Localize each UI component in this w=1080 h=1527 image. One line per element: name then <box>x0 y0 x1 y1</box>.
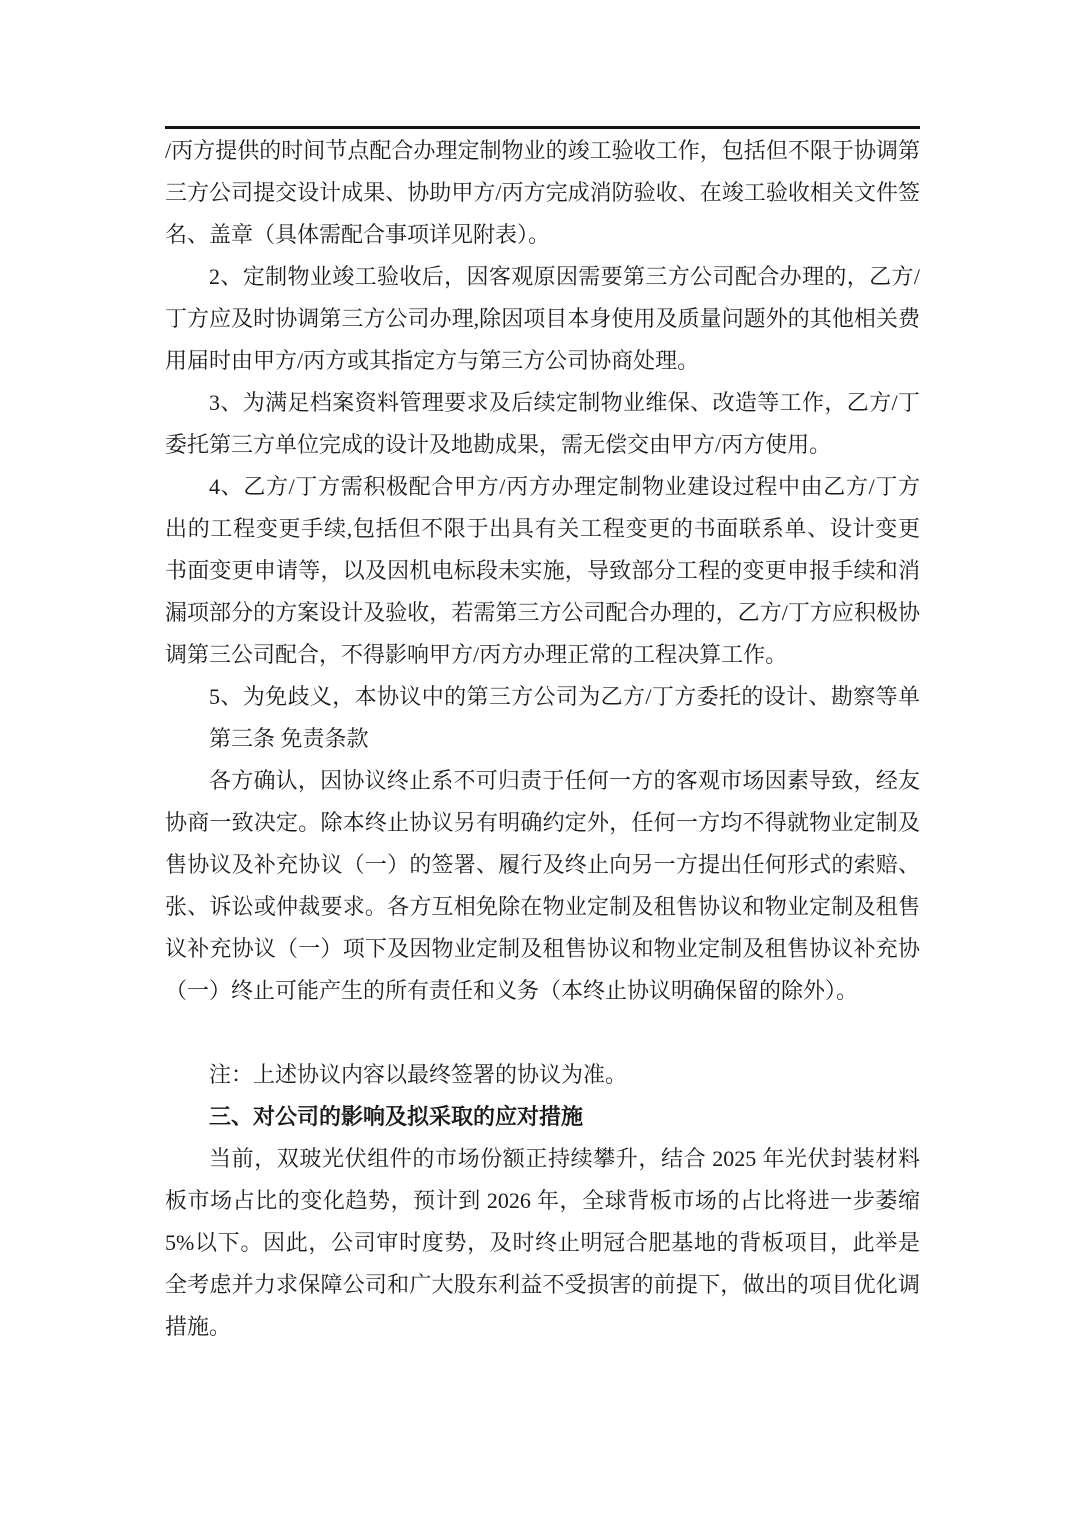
paragraph-clause-2: 2、定制物业竣工验收后，因客观原因需要第三方公司配合办理的，乙方/ 丁方应及时协… <box>165 256 920 382</box>
text-line: 漏项部分的方案设计及验收，若需第三方公司配合办理的，乙方/丁方应积极协 <box>165 592 920 634</box>
text-line: 售协议及补充协议（一）的签署、履行及终止向另一方提出任何形式的索赔、主 <box>165 844 920 886</box>
text-line: 各方确认，因协议终止系不可归责于任何一方的客观市场因素导致，经友好 <box>165 760 920 802</box>
paragraph-article-3-body: 各方确认，因协议终止系不可归责于任何一方的客观市场因素导致，经友好 协商一致决定… <box>165 760 920 1012</box>
paragraph-clause-5: 5、为免歧义，本协议中的第三方公司为乙方/丁方委托的设计、勘察等单位。 <box>165 676 920 718</box>
paragraph-note: 注：上述协议内容以最终签署的协议为准。 <box>165 1054 920 1096</box>
text-line: 三方公司提交设计成果、协助甲方/丙方完成消防验收、在竣工验收相关文件签 <box>165 172 920 214</box>
text-line: 4、乙方/丁方需积极配合甲方/丙方办理定制物业建设过程中由乙方/丁方提 <box>165 466 920 508</box>
paragraph-impact-body: 当前，双玻光伏组件的市场份额正持续攀升，结合 2025 年光伏封装材料背 板市场… <box>165 1138 920 1348</box>
paragraph-section-3-heading: 三、对公司的影响及拟采取的应对措施 <box>165 1096 920 1138</box>
text-line: 措施。 <box>165 1306 920 1348</box>
text-line: （一）终止可能产生的所有责任和义务（本终止协议明确保留的除外）。 <box>165 970 920 1012</box>
text-line: 用届时由甲方/丙方或其指定方与第三方公司协商处理。 <box>165 340 920 382</box>
text-line: /丙方提供的时间节点配合办理定制物业的竣工验收工作，包括但不限于协调第 <box>165 130 920 172</box>
text-line: 名、盖章（具体需配合事项详见附表）。 <box>165 214 920 256</box>
text-line: 2、定制物业竣工验收后，因客观原因需要第三方公司配合办理的，乙方/ <box>165 256 920 298</box>
paragraph-continuation: /丙方提供的时间节点配合办理定制物业的竣工验收工作，包括但不限于协调第 三方公司… <box>165 130 920 256</box>
text-line: 丁方应及时协调第三方公司办理,除因项目本身使用及质量问题外的其他相关费 <box>165 298 920 340</box>
text-line: 5、为免歧义，本协议中的第三方公司为乙方/丁方委托的设计、勘察等单位。 <box>165 676 920 718</box>
text-line: 5%以下。因此，公司审时度势，及时终止明冠合肥基地的背板项目，此举是在周 <box>165 1222 920 1264</box>
text-line: 3、为满足档案资料管理要求及后续定制物业维保、改造等工作，乙方/丁方 <box>165 382 920 424</box>
paragraph-spacer <box>165 1012 920 1054</box>
paragraph-article-3-heading: 第三条 免责条款 <box>165 718 920 760</box>
text-line: 张、诉讼或仲裁要求。各方互相免除在物业定制及租售协议和物业定制及租售协 <box>165 886 920 928</box>
text-line: 书面变更申请等，以及因机电标段未实施，导致部分工程的变更申报手续和消防 <box>165 550 920 592</box>
text-line: 板市场占比的变化趋势，预计到 2026 年，全球背板市场的占比将进一步萎缩至 <box>165 1180 920 1222</box>
header-rule <box>165 126 920 129</box>
text-line: 注：上述协议内容以最终签署的协议为准。 <box>165 1054 920 1096</box>
text-line: 议补充协议（一）项下及因物业定制及租售协议和物业定制及租售协议补充协议 <box>165 928 920 970</box>
document-page: /丙方提供的时间节点配合办理定制物业的竣工验收工作，包括但不限于协调第 三方公司… <box>0 0 1080 1527</box>
text-line: 委托第三方单位完成的设计及地勘成果，需无偿交由甲方/丙方使用。 <box>165 424 920 466</box>
paragraph-clause-4: 4、乙方/丁方需积极配合甲方/丙方办理定制物业建设过程中由乙方/丁方提 出的工程… <box>165 466 920 676</box>
text-line: 当前，双玻光伏组件的市场份额正持续攀升，结合 2025 年光伏封装材料背 <box>165 1138 920 1180</box>
text-line: 调第三公司配合，不得影响甲方/丙方办理正常的工程决算工作。 <box>165 634 920 676</box>
text-line: 协商一致决定。除本终止协议另有明确约定外，任何一方均不得就物业定制及租 <box>165 802 920 844</box>
section-heading-text: 三、对公司的影响及拟采取的应对措施 <box>165 1096 920 1138</box>
paragraph-clause-3: 3、为满足档案资料管理要求及后续定制物业维保、改造等工作，乙方/丁方 委托第三方… <box>165 382 920 466</box>
text-line: 全考虑并力求保障公司和广大股东利益不受损害的前提下，做出的项目优化调整 <box>165 1264 920 1306</box>
document-content: /丙方提供的时间节点配合办理定制物业的竣工验收工作，包括但不限于协调第 三方公司… <box>165 126 920 1348</box>
text-line: 第三条 免责条款 <box>165 718 920 760</box>
text-line: 出的工程变更手续,包括但不限于出具有关工程变更的书面联系单、设计变更单、 <box>165 508 920 550</box>
